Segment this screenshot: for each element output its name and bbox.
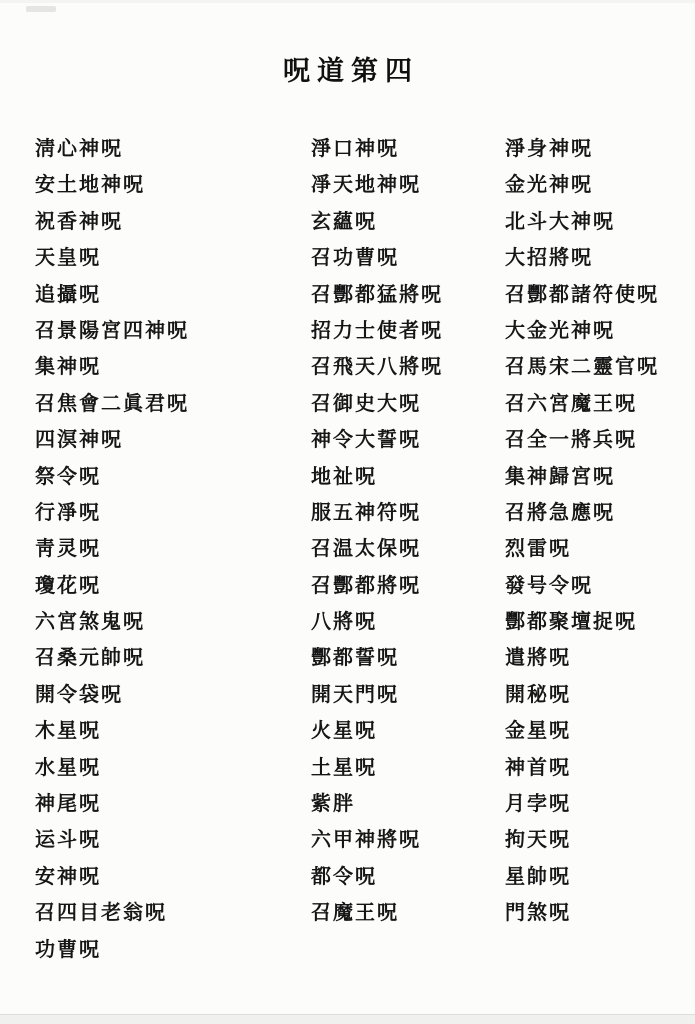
page-title: 呪道第四 — [0, 0, 695, 88]
toc-entry: 祭令呪 — [35, 459, 311, 495]
toc-entry: 金光神呪 — [505, 167, 695, 203]
scan-edge-top — [0, 0, 695, 3]
toc-entry: 靑灵呪 — [35, 531, 311, 567]
toc-columns: 淸心神呪安土地神呪祝香神呪天皇呪追攝呪召景陽宮四神呪集神呪召焦會二眞君呪四溟神呪… — [0, 88, 695, 968]
toc-entry: 召飛天八將呪 — [311, 349, 505, 385]
toc-entry: 神尾呪 — [35, 786, 311, 822]
toc-column-1: 淸心神呪安土地神呪祝香神呪天皇呪追攝呪召景陽宮四神呪集神呪召焦會二眞君呪四溟神呪… — [35, 131, 311, 968]
toc-entry: 召馬宋二靈官呪 — [505, 349, 695, 385]
toc-entry: 開天門呪 — [311, 677, 505, 713]
toc-entry: 烈雷呪 — [505, 531, 695, 567]
toc-entry: 召酆都諸符使呪 — [505, 277, 695, 313]
toc-entry: 六甲神將呪 — [311, 822, 505, 858]
toc-entry: 星帥呪 — [505, 859, 695, 895]
toc-entry: 服五神符呪 — [311, 495, 505, 531]
toc-column-2: 淨口神呪凈天地神呪玄蘊呪召功曹呪召酆都猛將呪招力士使者呪召飛天八將呪召御史大呪神… — [311, 131, 505, 968]
toc-entry: 四溟神呪 — [35, 422, 311, 458]
toc-entry: 北斗大神呪 — [505, 204, 695, 240]
toc-entry: 召酆都將呪 — [311, 568, 505, 604]
toc-entry: 都令呪 — [311, 859, 505, 895]
toc-entry: 召景陽宮四神呪 — [35, 313, 311, 349]
toc-column-3: 淨身神呪金光神呪北斗大神呪大招將呪召酆都諸符使呪大金光神呪召馬宋二靈官呪召六宮魔… — [505, 131, 695, 968]
toc-entry: 發号令呪 — [505, 568, 695, 604]
toc-entry: 火星呪 — [311, 713, 505, 749]
toc-entry: 八將呪 — [311, 604, 505, 640]
toc-entry: 召全一將兵呪 — [505, 422, 695, 458]
toc-entry: 召魔王呪 — [311, 895, 505, 931]
toc-entry: 開秘呪 — [505, 677, 695, 713]
toc-entry: 遣將呪 — [505, 640, 695, 676]
toc-entry: 六宮煞鬼呪 — [35, 604, 311, 640]
toc-entry: 木星呪 — [35, 713, 311, 749]
toc-entry: 酆都聚壇捉呪 — [505, 604, 695, 640]
toc-entry: 金星呪 — [505, 713, 695, 749]
toc-entry: 土星呪 — [311, 750, 505, 786]
toc-entry: 開令袋呪 — [35, 677, 311, 713]
toc-entry: 召將急應呪 — [505, 495, 695, 531]
toc-entry: 大金光神呪 — [505, 313, 695, 349]
toc-entry: 招力士使者呪 — [311, 313, 505, 349]
toc-entry: 水星呪 — [35, 750, 311, 786]
toc-entry: 召桑元帥呪 — [35, 640, 311, 676]
toc-entry: 地祉呪 — [311, 459, 505, 495]
toc-entry: 拘天呪 — [505, 822, 695, 858]
toc-entry: 淨口神呪 — [311, 131, 505, 167]
toc-entry: 紫胖 — [311, 786, 505, 822]
toc-entry: 淸心神呪 — [35, 131, 311, 167]
toc-entry: 召御史大呪 — [311, 386, 505, 422]
toc-entry: 追攝呪 — [35, 277, 311, 313]
toc-entry: 召六宮魔王呪 — [505, 386, 695, 422]
toc-entry: 召温太保呪 — [311, 531, 505, 567]
toc-entry: 酆都誓呪 — [311, 640, 505, 676]
toc-entry: 召功曹呪 — [311, 240, 505, 276]
toc-entry: 月孛呪 — [505, 786, 695, 822]
toc-entry: 行凈呪 — [35, 495, 311, 531]
toc-entry: 安神呪 — [35, 859, 311, 895]
scan-edge-bottom — [0, 1014, 695, 1024]
toc-entry: 瓊花呪 — [35, 568, 311, 604]
toc-entry: 功曹呪 — [35, 932, 311, 968]
toc-entry: 神令大誓呪 — [311, 422, 505, 458]
toc-entry: 神首呪 — [505, 750, 695, 786]
toc-entry: 祝香神呪 — [35, 204, 311, 240]
toc-entry: 安土地神呪 — [35, 167, 311, 203]
toc-entry: 大招將呪 — [505, 240, 695, 276]
toc-entry: 召四目老翁呪 — [35, 895, 311, 931]
toc-entry: 淨身神呪 — [505, 131, 695, 167]
toc-entry: 門煞呪 — [505, 895, 695, 931]
scan-artifact — [26, 6, 56, 12]
toc-entry: 召焦會二眞君呪 — [35, 386, 311, 422]
toc-entry: 召酆都猛將呪 — [311, 277, 505, 313]
toc-entry: 集神呪 — [35, 349, 311, 385]
toc-entry: 凈天地神呪 — [311, 167, 505, 203]
toc-entry: 运斗呪 — [35, 822, 311, 858]
toc-entry: 集神歸宮呪 — [505, 459, 695, 495]
scanned-document-page: 呪道第四 淸心神呪安土地神呪祝香神呪天皇呪追攝呪召景陽宮四神呪集神呪召焦會二眞君… — [0, 0, 695, 1024]
toc-entry: 天皇呪 — [35, 240, 311, 276]
toc-entry: 玄蘊呪 — [311, 204, 505, 240]
